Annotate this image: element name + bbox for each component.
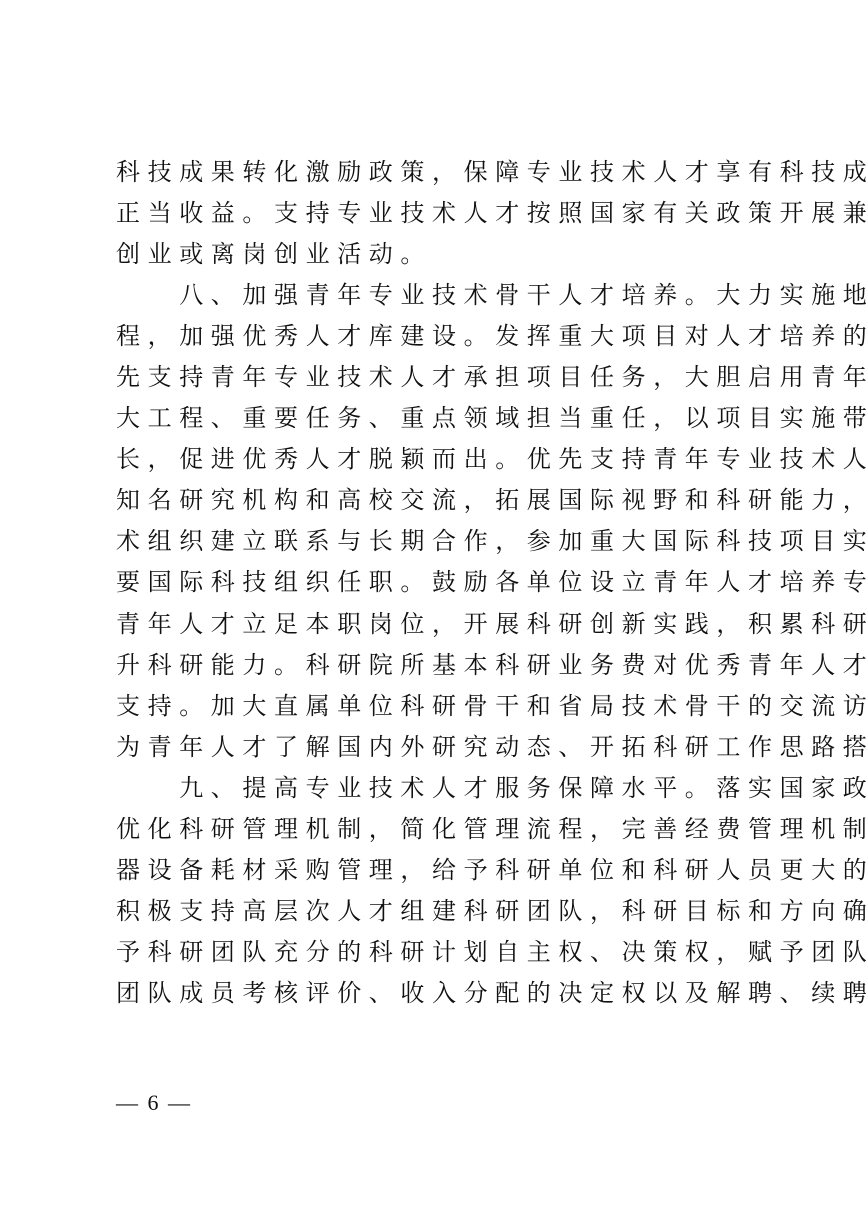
text-line: 正当收益。支持专业技术人才按照国家有关政策开展兼职、在职 [116,193,756,234]
text-line: 创业或离岗创业活动。 [116,234,756,275]
text-line: 升科研能力。科研院所基本科研业务费对优秀青年人才给予倾斜 [116,645,756,686]
text-line: 积极支持高层次人才组建科研团队，科研目标和方向确定后，给 [116,891,756,932]
text-line: 要国际科技组织任职。鼓励各单位设立青年人才培养专项，支持 [116,562,756,603]
text-line: 程，加强优秀人才库建设。发挥重大项目对人才培养的作用，优 [116,316,756,357]
text-line: 支持。加大直属单位科研骨干和省局技术骨干的交流访问力度， [116,686,756,727]
body-text: 科技成果转化激励政策，保障专业技术人才享有科技成果转化的 正当收益。支持专业技术… [116,152,756,1014]
text-line: 为青年人才了解国内外研究动态、开拓科研工作思路搭建平台。 [116,727,756,768]
text-line: 长，促进优秀人才脱颖而出。优先支持青年专业技术人才到国际 [116,439,756,480]
section-9-heading-line: 九、提高专业技术人才服务保障水平。落实国家政策要求， [116,768,756,809]
text-line: 先支持青年专业技术人才承担项目任务，大胆启用青年人才在重 [116,357,756,398]
page-number: — 6 — [116,1090,192,1116]
text-line: 大工程、重要任务、重点领域担当重任，以项目实施带动人才成 [116,398,756,439]
text-line: 优化科研管理机制，简化管理流程，完善经费管理机制，改进仪 [116,809,756,850]
text-line: 团队成员考核评价、收入分配的决定权以及解聘、续聘的建议权。 [116,973,756,1014]
text-line: 青年人才立足本职岗位，开展科研创新实践，积累科研经验，提 [116,604,756,645]
text-line: 器设备耗材采购管理，给予科研单位和科研人员更大的自主权。 [116,850,756,891]
text-line: 术组织建立联系与长期合作，参加重大国际科技项目实施，到重 [116,521,756,562]
text-line: 知名研究机构和高校交流，拓展国际视野和科研能力，与国际学 [116,480,756,521]
document-page: 科技成果转化激励政策，保障专业技术人才享有科技成果转化的 正当收益。支持专业技术… [0,0,866,1225]
text-line: 科技成果转化激励政策，保障专业技术人才享有科技成果转化的 [116,152,756,193]
section-8-heading-line: 八、加强青年专业技术骨干人才培养。大力实施地震人才工 [116,275,756,316]
text-line: 予科研团队充分的科研计划自主权、决策权，赋予团队负责人对 [116,932,756,973]
